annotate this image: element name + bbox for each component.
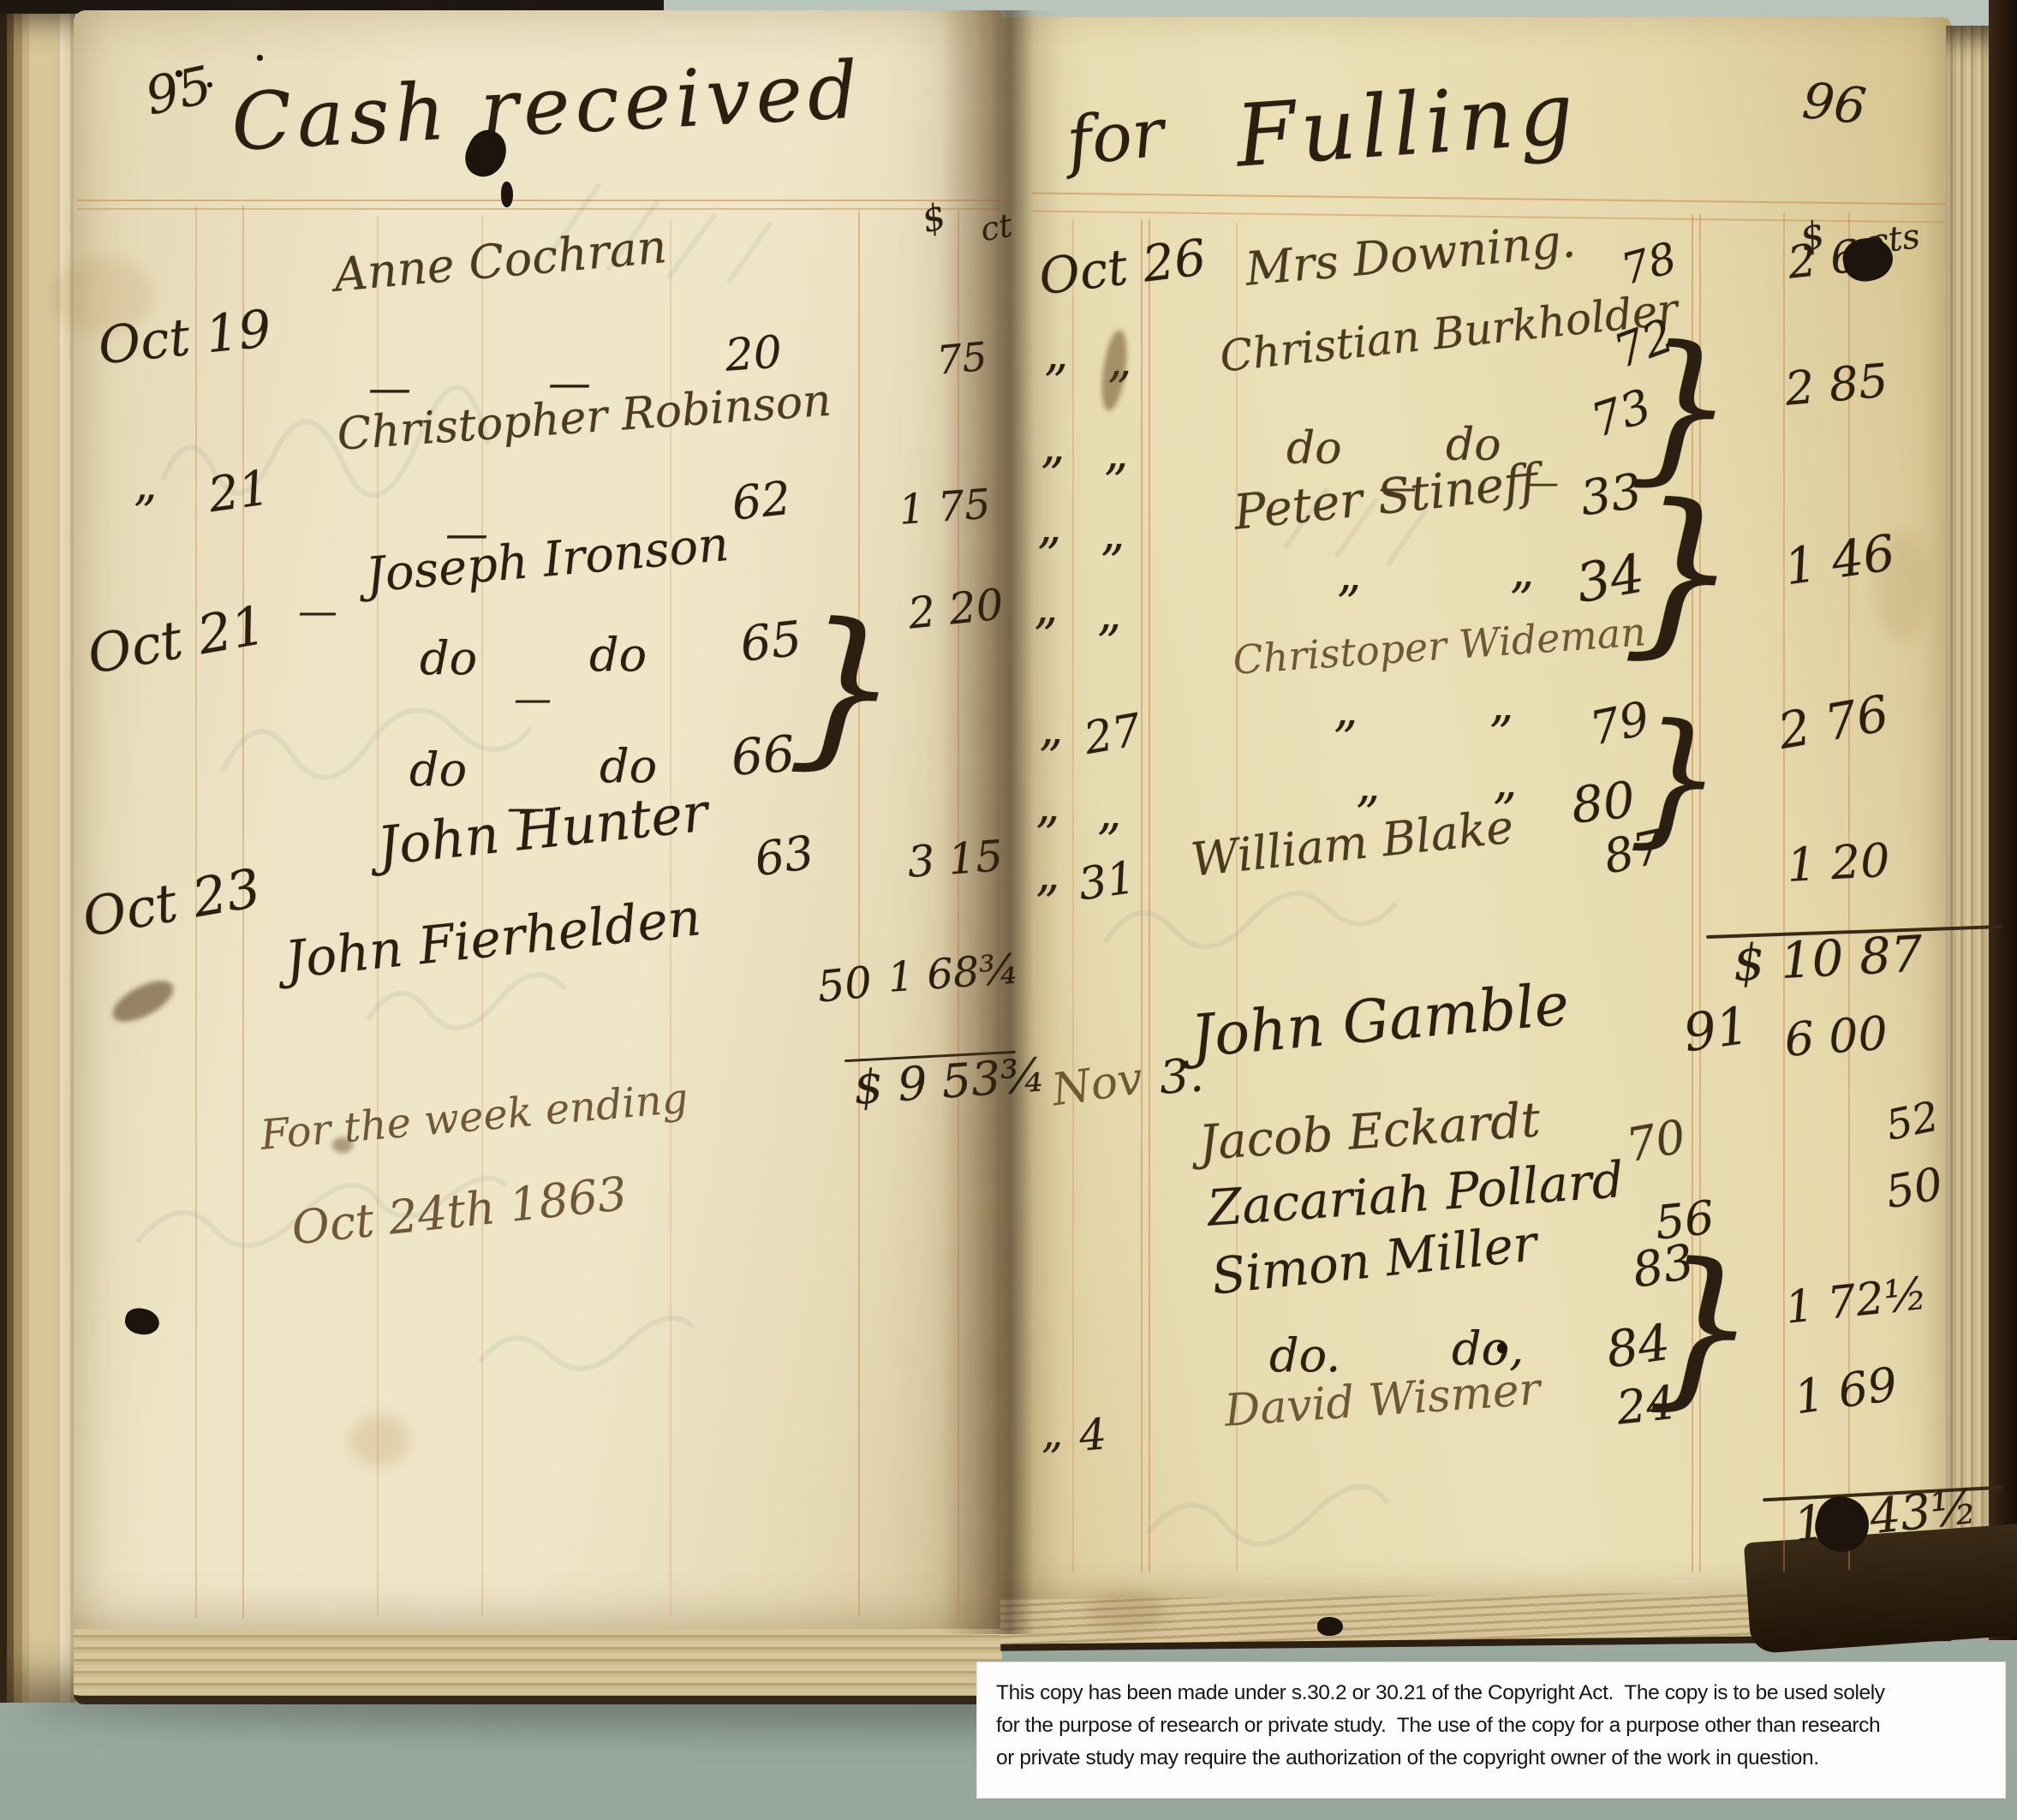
copyright-line: for the purpose of research or private s… [996, 1710, 1986, 1742]
ink-speck [1497, 1343, 1507, 1353]
ditto-do: do [600, 743, 657, 790]
ruled-line [1236, 223, 1238, 1572]
ditto-mark: ” [1041, 1437, 1063, 1480]
ditto-mark: ” [1336, 581, 1361, 629]
ditto-mark: ” [1036, 533, 1061, 581]
ditto-do: do [1286, 427, 1342, 471]
copyright-notice: This copy has been made under s.30.2 or … [976, 1662, 2006, 1799]
copyright-line: or private study may require the authori… [996, 1742, 1986, 1775]
ruled-line [1072, 219, 1074, 1572]
ditto-mark: ” [1103, 459, 1128, 507]
entry-sheet-number: 80 [1569, 774, 1637, 830]
left-page-edges [0, 0, 75, 1703]
ditto-mark: ” [1040, 452, 1065, 500]
ditto-do: do [409, 747, 467, 793]
entry-sheet-number: 20 [724, 330, 784, 378]
entry-day: 4 [1077, 1412, 1108, 1458]
ink-smudge [332, 1137, 353, 1153]
page-number-right: 96 [1800, 75, 1868, 131]
leather-cover-edge [1989, 0, 2017, 1640]
right-page-edges [1946, 26, 1994, 1606]
ditto-mark: ” [1038, 735, 1063, 783]
entry-sheet-number: 91 [1680, 1000, 1752, 1059]
entry-amount: 50 [1883, 1162, 1946, 1216]
entry-sheet-number: 62 [730, 475, 793, 528]
page-subtotal-right: $ 10 87 [1732, 928, 1924, 988]
entry-day: 27 [1081, 708, 1144, 762]
ink-speck [257, 55, 263, 61]
ruled-line [1149, 219, 1150, 1572]
ink-speck [207, 82, 212, 87]
entry-dash: — [298, 591, 337, 630]
ditto-mark: ” [1096, 620, 1121, 668]
ditto-do: do [420, 636, 477, 682]
entry-amount: 52 [1883, 1095, 1942, 1147]
entry-amount: 3 15 [906, 834, 1005, 884]
header-rule [77, 208, 1000, 210]
page-total-left: $ 9 53¾ [852, 1052, 1047, 1112]
entry-sheet-number: 87 [1600, 824, 1667, 881]
ditto-mark: ” [1100, 540, 1125, 588]
entry-amount: 6 00 [1783, 1011, 1889, 1064]
entry-amount: 1 75 [898, 484, 992, 531]
entry-day: 31 [1076, 856, 1138, 908]
ruled-line [1783, 214, 1785, 1572]
ink-speck [176, 70, 182, 77]
entry-day: 21 [206, 464, 272, 520]
entry-sheet-number: 24 [1614, 1380, 1678, 1432]
ruled-line [1141, 219, 1143, 1572]
page-number-left: 95 [141, 59, 216, 123]
ledger-title-prefix: for [1064, 99, 1167, 176]
ditto-mark: ” [1333, 716, 1358, 764]
entry-amount: 2 85 [1783, 358, 1889, 413]
entry-amount: 75 [935, 337, 988, 380]
entry-amount: 1 46 [1781, 528, 1898, 592]
entry-sheet-number: 70 [1623, 1113, 1689, 1169]
grouping-brace: } [786, 600, 904, 776]
paper-stain [1088, 1593, 1165, 1631]
entry-sheet-number: 78 [1617, 236, 1680, 292]
ruled-line [858, 211, 860, 1615]
entry-sheet-number: 50 [815, 960, 874, 1008]
cents-column-header-left: ct [978, 209, 1015, 247]
ditto-do: do. [1269, 1333, 1340, 1379]
entry-month: Nov [1049, 1056, 1145, 1113]
ditto-mark: ” [133, 490, 157, 536]
entry-amount: 1 69 [1792, 1361, 1901, 1421]
ditto-mark: ” [1035, 812, 1059, 860]
ink-blot [1317, 1617, 1343, 1636]
entry-amount: 1 68¾ [886, 948, 1020, 999]
ditto-mark: ” [1033, 613, 1058, 661]
ink-blot [501, 182, 513, 207]
copyright-line: This copy has been made under s.30.2 or … [996, 1677, 1986, 1710]
ledger-title-right: Fulling [1233, 70, 1581, 180]
entry-dash: — [368, 367, 411, 409]
left-page-bottom-edges [74, 1629, 1002, 1704]
ditto-mark: ” [1043, 360, 1068, 408]
entry-amount: 1 20 [1786, 838, 1891, 889]
entry-dash: — [514, 681, 552, 719]
ditto-mark: ” [1035, 880, 1059, 928]
header-rule [77, 200, 1000, 201]
ruled-line [958, 211, 959, 1615]
entry-amount: 2 20 [906, 582, 1006, 635]
paper-stain [349, 1415, 409, 1466]
ledger-photo: 95 Cash received $ ct Anne Cochran Oct 1… [0, 0, 2017, 1820]
ditto-do: do [589, 632, 647, 678]
ditto-mark: ” [1489, 711, 1513, 759]
entry-sheet-number: 63 [752, 829, 817, 883]
